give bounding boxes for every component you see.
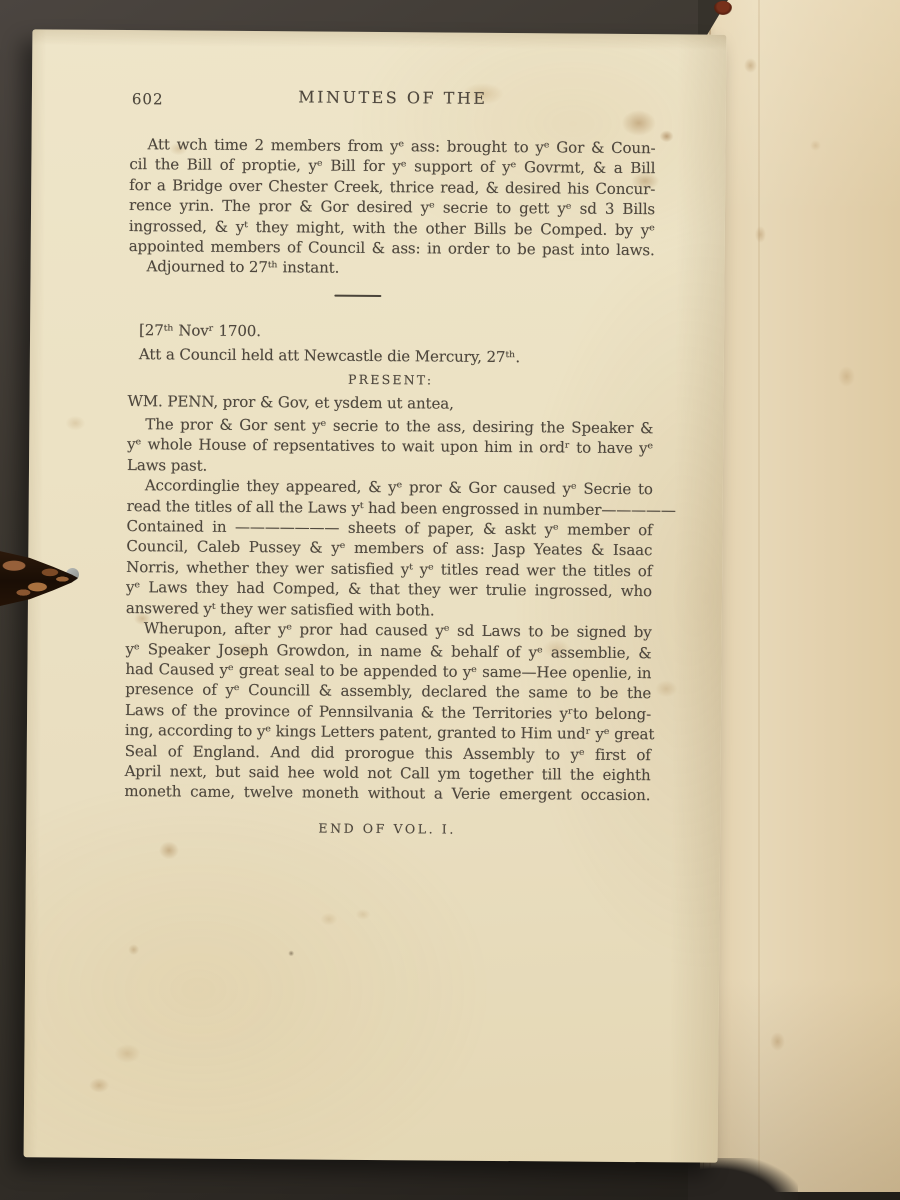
paragraph-2: The pror & Gor sent yᵉ secrie to the ass… [127,414,653,479]
backdrop-shadow [688,1158,798,1200]
section-rule [334,295,381,297]
foxing-spot [770,1032,785,1051]
foxing-spot [755,226,766,243]
council-line: Att a Council held att Newcastle die Mer… [128,343,654,371]
book-page: 602 MINUTES OF THE Att wch time 2 member… [24,29,727,1162]
date-line: [27ᵗʰ Novʳ 1700. [128,319,654,347]
page-edge-line [758,0,760,1192]
adjourned-line: Adjourned to 27ᵗʰ instant. [128,256,654,281]
foxing-spot [288,950,294,956]
foxing-spot [65,416,85,431]
foxing-spot [159,841,179,859]
foxing-spot [128,944,139,955]
foxing-spot [89,1078,109,1093]
foxing-spot [744,58,757,73]
page-header: 602 MINUTES OF THE [130,86,656,112]
foxing-spot [810,140,821,151]
paragraph-4: Wherupon, after yᵉ pror had caused yᵉ sd… [124,618,651,806]
paragraph-3: Accordinglie they appeared, & yᵉ pror & … [126,475,653,622]
text-line: moneth came, twelve moneth without a Ver… [124,781,650,806]
running-title: MINUTES OF THE [130,86,656,111]
foxing-spot [838,366,855,387]
page-number: 602 [132,89,164,110]
paragraph-1: Att wch time 2 members from yᵉ ass: brou… [129,134,656,261]
foxing-spot [355,909,370,920]
foxing-spot [320,913,337,926]
end-of-volume-note: END OF VOL. I. [124,817,650,842]
cover-corner-speck [714,1,732,15]
fore-edge-pages [700,0,900,1192]
page-text: 602 MINUTES OF THE Att wch time 2 member… [124,86,656,841]
foxing-spot [660,130,674,142]
foxing-spot [655,680,677,697]
foxing-spot [114,1044,140,1063]
photo-scene: 602 MINUTES OF THE Att wch time 2 member… [0,0,900,1200]
